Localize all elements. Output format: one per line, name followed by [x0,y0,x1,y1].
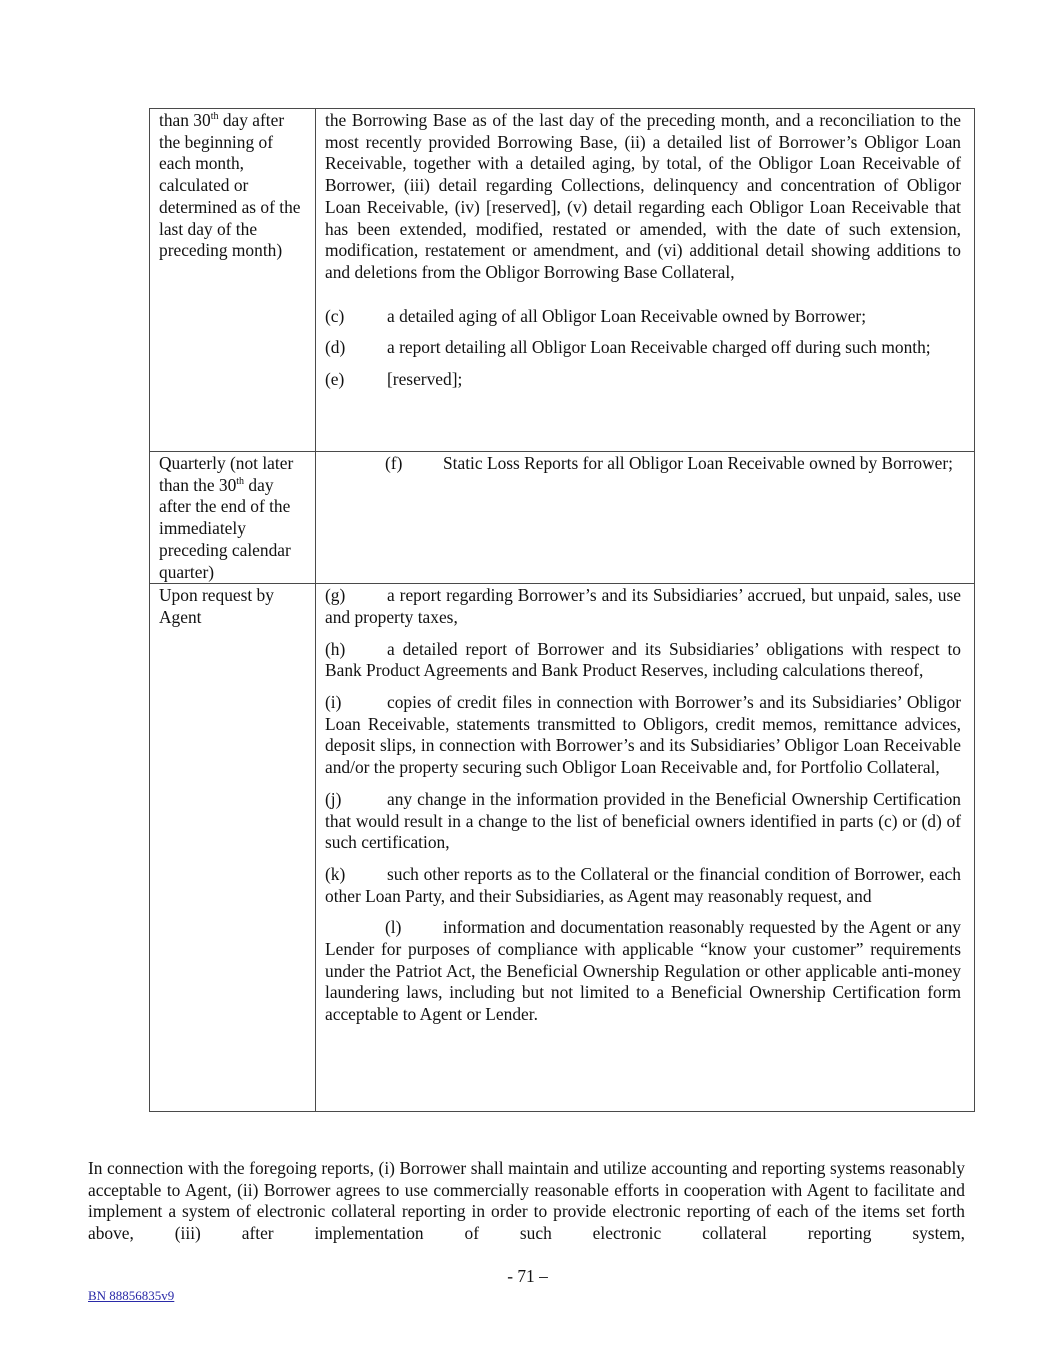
item-label: (l) [325,917,443,939]
page-number: - 71 – [0,1266,1055,1287]
item-text: copies of credit files in connection wit… [325,692,961,777]
table-row-quarterly: Quarterly (not later than the 30th day a… [150,452,975,584]
frequency-text: than 30 [159,110,211,130]
item-label: (f) [325,453,443,475]
report-item: (i)copies of credit files in connection … [325,692,961,779]
table-row-upon-request: Upon request by Agent (g)a report regard… [150,584,975,1112]
item-text: any change in the information provided i… [325,789,961,852]
item-label: (i) [325,692,387,714]
report-cell: the Borrowing Base as of the last day of… [316,109,975,452]
table-row-monthly: than 30th day after the beginning of eac… [150,109,975,452]
report-item: (h)a detailed report of Borrower and its… [325,639,961,682]
report-item: (d)a report detailing all Obligor Loan R… [325,337,961,359]
report-item: (l)information and documentation reasona… [325,917,961,1026]
frequency-cell: Upon request by Agent [150,584,316,1112]
report-item: (j)any change in the information provide… [325,789,961,854]
item-text: a report regarding Borrower’s and its Su… [325,585,961,627]
frequency-text: Upon request by Agent [159,585,274,627]
footer-document-id-link[interactable]: BN 88856835v9 [88,1288,174,1304]
item-label: (h) [325,639,387,661]
frequency-cell: Quarterly (not later than the 30th day a… [150,452,316,584]
report-item: (f)Static Loss Reports for all Obligor L… [325,453,961,475]
item-text: such other reports as to the Collateral … [325,864,961,906]
item-text: a detailed aging of all Obligor Loan Rec… [387,306,866,326]
report-cell: (f)Static Loss Reports for all Obligor L… [316,452,975,584]
item-label: (j) [325,789,387,811]
item-label: (c) [325,306,387,328]
item-label: (k) [325,864,387,886]
item-label: (e) [325,369,387,391]
item-label: (g) [325,585,387,607]
report-item: (e)[reserved]; [325,369,961,391]
ordinal-suffix: th [236,476,244,487]
report-cell: (g)a report regarding Borrower’s and its… [316,584,975,1112]
frequency-text: day after the beginning of each month, c… [159,110,301,260]
item-text: [reserved]; [387,369,462,389]
body-paragraph: In connection with the foregoing reports… [88,1158,965,1245]
report-item: (c)a detailed aging of all Obligor Loan … [325,306,961,328]
report-intro: the Borrowing Base as of the last day of… [325,110,961,284]
reporting-schedule-table: than 30th day after the beginning of eac… [149,108,975,1112]
item-label: (d) [325,337,387,359]
frequency-cell: than 30th day after the beginning of eac… [150,109,316,452]
item-text: Static Loss Reports for all Obligor Loan… [443,453,953,473]
item-text: a detailed report of Borrower and its Su… [325,639,961,681]
report-item: (g)a report regarding Borrower’s and its… [325,585,961,628]
report-item: (k)such other reports as to the Collater… [325,864,961,907]
item-text: a report detailing all Obligor Loan Rece… [387,337,931,357]
